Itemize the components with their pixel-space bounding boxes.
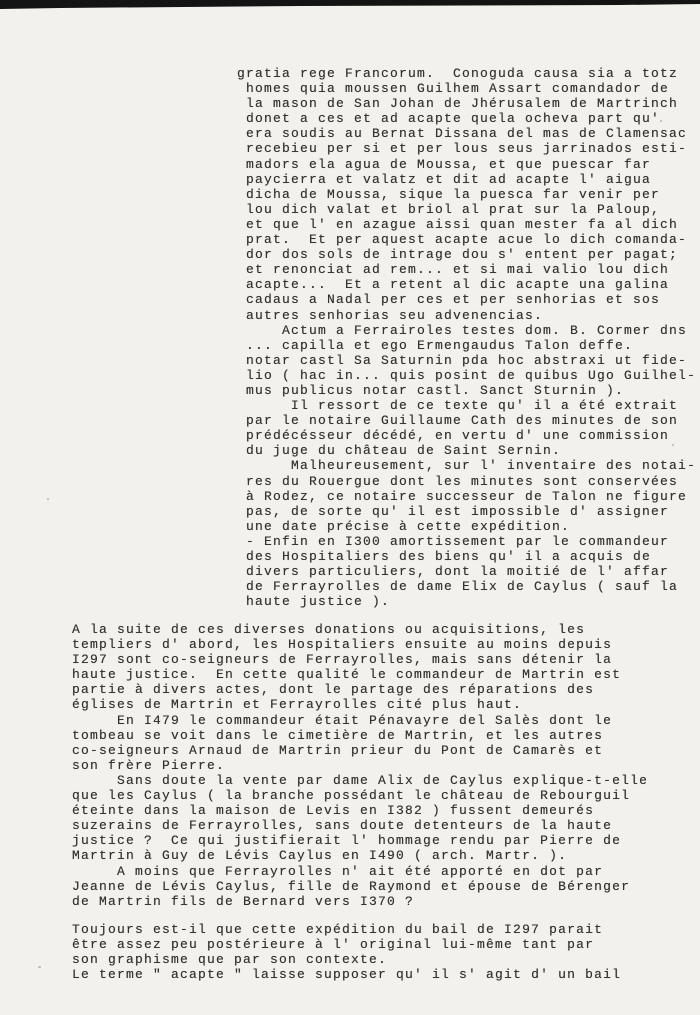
text-line: dicha de Moussa, sique la puesca far ven…	[237, 187, 696, 202]
text-line: templiers d' abord, les Hospitaliers ens…	[72, 637, 648, 652]
text-line: autres senhorias seu advenencias.	[237, 308, 696, 323]
text-line: éteinte dans la maison de Levis en I382 …	[72, 803, 648, 818]
text-line: gratia rege Francorum. Conoguda causa si…	[237, 66, 696, 81]
text-line: lou dich valat et briol al prat sur la P…	[237, 202, 696, 217]
text-line: lio ( hac in... quis posint de quibus Ug…	[237, 368, 696, 383]
text-line: des Hospitaliers des biens qu' il a acqu…	[237, 549, 696, 564]
text-line: son frère Pierre.	[72, 758, 648, 773]
scanned-document-page: gratia rege Francorum. Conoguda causa si…	[0, 0, 700, 1015]
paper-speckle	[672, 444, 674, 446]
text-line: En I479 le commandeur était Pénavayre de…	[72, 713, 648, 728]
closing-paragraph: Toujours est-il que cette expédition du …	[72, 922, 621, 982]
paper-speckle	[47, 498, 49, 500]
text-line: co-seigneurs Arnaud de Martrin prieur du…	[72, 743, 648, 758]
text-line: par le notaire Guillaume Cath des minute…	[237, 413, 696, 428]
text-line: et que l' en azague aissi quan mester fa…	[237, 217, 696, 232]
full-width-commentary-paragraphs: A la suite de ces diverses donations ou …	[72, 622, 648, 909]
text-line: prédécésseur décédé, en vertu d' une com…	[237, 428, 696, 443]
text-line: cadaus a Nadal per ces et per senhorias …	[237, 292, 696, 307]
text-line: la mason de San Johan de Jhérusalem de M…	[237, 96, 696, 111]
text-line: madors ela agua de Moussa, et que puesca…	[237, 157, 696, 172]
text-line: Toujours est-il que cette expédition du …	[72, 922, 621, 937]
text-line: à Rodez, ce notaire successeur de Talon …	[237, 489, 696, 504]
text-line: de Ferrayrolles de dame Elix de Caylus (…	[237, 579, 696, 594]
text-line: prat. Et per aquest acapte acue lo dich …	[237, 232, 696, 247]
text-line: paycierra et valatz et dit ad acapte l' …	[237, 172, 696, 187]
text-line: que les Caylus ( la branche possédant le…	[72, 788, 648, 803]
text-line: justice ? Ce qui justifierait l' hommage…	[72, 833, 648, 848]
text-line: res du Rouergue dont les minutes sont co…	[237, 474, 696, 489]
text-line: Jeanne de Lévis Caylus, fille de Raymond…	[72, 879, 648, 894]
text-line: haute justice. En cette qualité le comma…	[72, 667, 648, 682]
text-line: Le terme " acapte " laisse supposer qu' …	[72, 967, 621, 982]
text-line: suzerains de Ferrayrolles, sans doute de…	[72, 818, 648, 833]
text-line: homes quia moussen Guilhem Assart comand…	[237, 81, 696, 96]
text-line: églises de Martrin et Ferrayrolles cité …	[72, 697, 648, 712]
text-line: Malheureusement, sur l' inventaire des n…	[237, 458, 696, 473]
text-line: recebieu per si et per lous seus jarrina…	[237, 141, 696, 156]
text-line: donet a ces et ad acapte quela ocheva pa…	[237, 111, 696, 126]
text-line: de Martrin fils de Bernard vers I370 ?	[72, 894, 648, 909]
text-line: du juge du château de Saint Sernin.	[237, 443, 696, 458]
text-line: I297 sont co-seigneurs de Ferrayrolles, …	[72, 652, 648, 667]
text-line: tombeau se voit dans le cimetière de Mar…	[72, 728, 648, 743]
text-line: Sans doute la vente par dame Alix de Cay…	[72, 773, 648, 788]
text-line: A moins que Ferrayrolles n' ait été appo…	[72, 864, 648, 879]
text-line: era soudis au Bernat Dissana del mas de …	[237, 126, 696, 141]
text-line: A la suite de ces diverses donations ou …	[72, 622, 648, 637]
text-line: et renonciat ad rem... et si mai valio l…	[237, 262, 696, 277]
text-line: être assez peu postérieure à l' original…	[72, 937, 621, 952]
text-line: divers particuliers, dont la moitié de l…	[237, 564, 696, 579]
text-line: son graphisme que par son contexte.	[72, 952, 621, 967]
scan-edge-band	[0, 0, 700, 9]
text-line: Martrin à Guy de Lévis Caylus en I490 ( …	[72, 848, 648, 863]
text-line: - Enfin en I300 amortissement par le com…	[237, 534, 696, 549]
text-line: haute justice ).	[237, 594, 696, 609]
text-line: Actum a Ferrairoles testes dom. B. Corme…	[237, 323, 696, 338]
text-line: Il ressort de ce texte qu' il a été extr…	[237, 398, 696, 413]
text-line: ... capilla et ego Ermengaudus Talon def…	[237, 338, 696, 353]
text-line: mus publicus notar castl. Sanct Sturnin …	[237, 383, 696, 398]
paper-speckle	[38, 966, 41, 968]
paper-speckle	[660, 120, 662, 122]
text-line: partie à divers actes, dont le partage d…	[72, 682, 648, 697]
text-line: dor dos sols de intrage dou s' entent pe…	[237, 247, 696, 262]
text-line: une date précise à cette expédition.	[237, 519, 696, 534]
text-line: pas, de sorte qu' il est impossible d' a…	[237, 504, 696, 519]
occitan-act-and-commentary-column: gratia rege Francorum. Conoguda causa si…	[237, 66, 696, 609]
text-line: notar castl Sa Saturnin pda hoc abstraxi…	[237, 353, 696, 368]
text-line: acapte... Et a retent al dic acapte una …	[237, 277, 696, 292]
